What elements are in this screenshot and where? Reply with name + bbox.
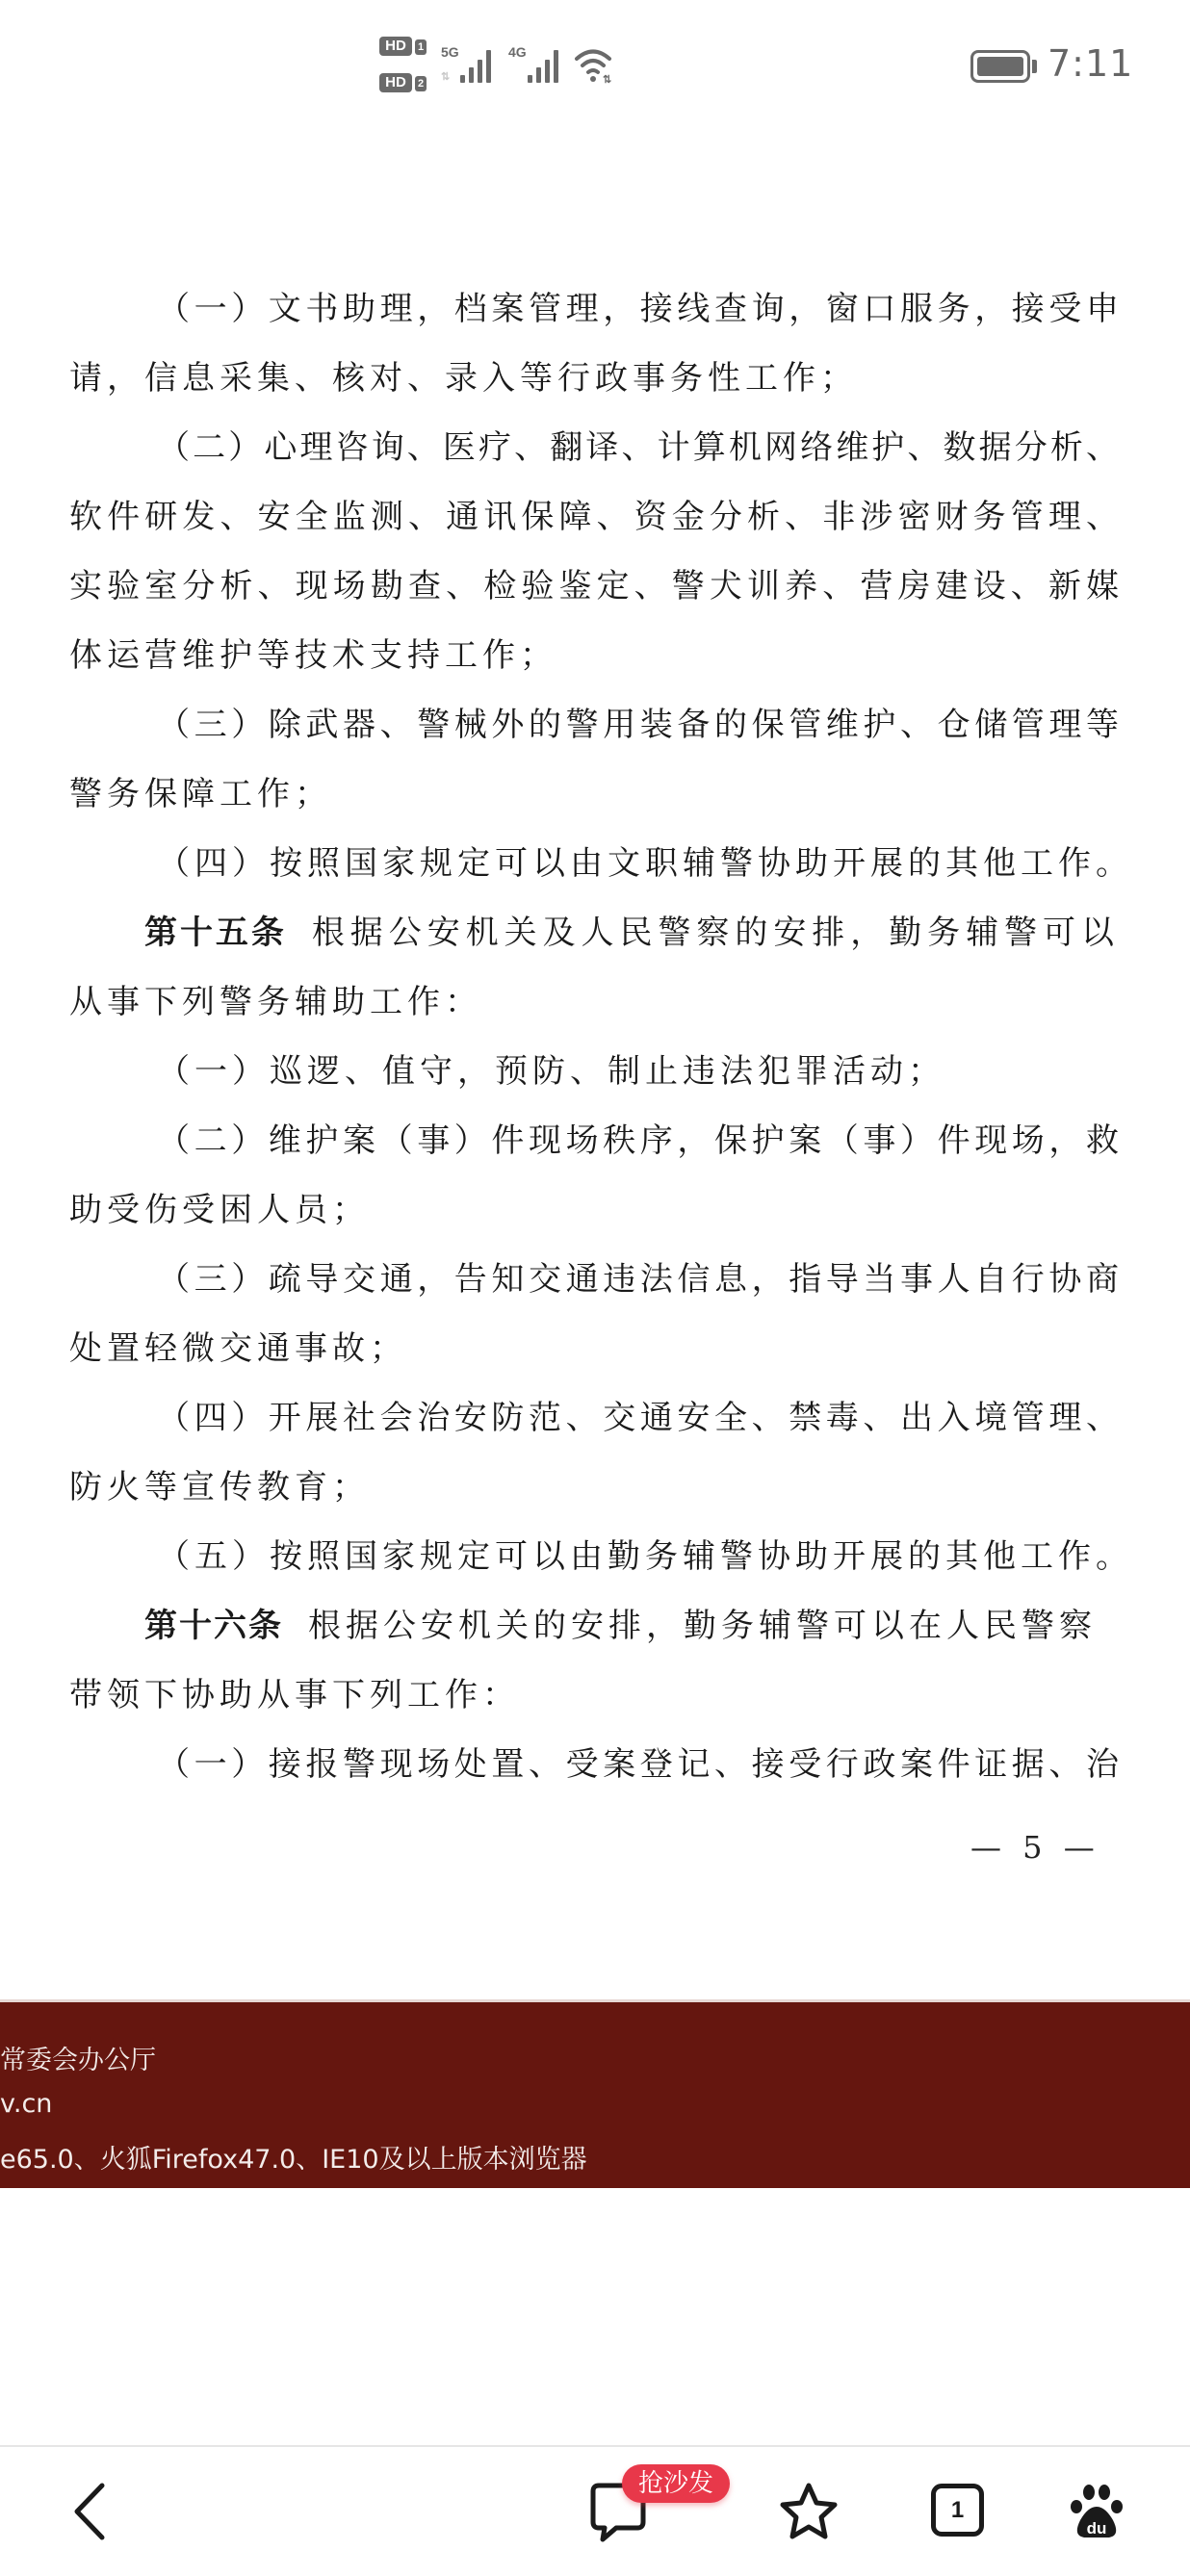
doc-line: 带领下协助从事下列工作： [69, 1676, 1119, 1714]
signal-5g-icon: 5G ⇅ [441, 44, 499, 83]
site-footer: 常委会办公厅 v.cn e65.0、火狐Firefox47.0、IE10及以上版… [0, 1999, 1190, 2188]
doc-line: 请，信息采集、核对、录入等行政事务性工作； [69, 359, 1119, 398]
article-heading: 第十六条 [144, 1607, 283, 1645]
battery-icon [970, 50, 1030, 83]
article-text: 根据公安机关的安排，勤务辅警可以在人民警察 [308, 1607, 1097, 1645]
status-bar: HD 1 HD 2 5G ⇅ 4G ⇅ 7:11 [0, 0, 1190, 125]
signal-4g-icon: 4G [508, 44, 566, 83]
doc-line: （一）接报警现场处置、受案登记、接受行政案件证据、治 [157, 1745, 1119, 1784]
svg-text:⇅: ⇅ [603, 74, 611, 85]
doc-line: （一）巡逻、值守，预防、制止违法犯罪活动； [157, 1052, 1119, 1091]
doc-line: （三）除武器、警械外的警用装备的保管维护、仓储管理等 [157, 706, 1119, 744]
doc-line: 体运营维护等技术支持工作； [69, 636, 1119, 675]
hd-volte-icon: HD 1 [379, 37, 429, 56]
article-text: 根据公安机关及人民警察的安排，勤务辅警可以 [312, 914, 1119, 952]
star-icon[interactable] [778, 2482, 840, 2541]
network-type: 5G [441, 44, 459, 60]
doc-line: （五）按照国家规定可以由勤务辅警协助开展的其他工作。 [157, 1537, 1119, 1576]
page-number: — 5 — [970, 1829, 1100, 1866]
hd-volte-icon: HD 2 [379, 73, 429, 92]
hd-label: HD [379, 73, 412, 92]
doc-line: （二）心理咨询、医疗、翻译、计算机网络维护、数据分析、 [157, 428, 1119, 467]
doc-line: 实验室分析、现场勘查、检验鉴定、警犬训养、营房建设、新媒 [69, 567, 1119, 605]
data-arrows-icon: ⇅ [441, 70, 450, 83]
clock: 7:11 [1048, 42, 1133, 85]
network-type: 4G [508, 44, 527, 60]
doc-line: 警务保障工作； [69, 775, 1119, 813]
doc-line: 防火等宣传教育； [69, 1468, 1119, 1507]
doc-line: （一）文书助理，档案管理，接线查询，窗口服务，接受申 [157, 290, 1119, 328]
doc-line: 处置轻微交通事故； [69, 1329, 1119, 1368]
doc-line: （四）开展社会治安防范、交通安全、禁毒、出入境管理、 [157, 1399, 1119, 1437]
sim-index: 2 [415, 76, 427, 91]
doc-line: 助受伤受困人员； [69, 1191, 1119, 1229]
comment-badge[interactable]: 抢沙发 [622, 2464, 730, 2503]
doc-line: （三）疏导交通，告知交通违法信息，指导当事人自行协商 [157, 1260, 1119, 1299]
footer-browser-note: e65.0、火狐Firefox47.0、IE10及以上版本浏览器 [0, 2138, 587, 2176]
baidu-paw-icon[interactable]: du [1069, 2484, 1125, 2539]
doc-line: 从事下列警务辅助工作： [69, 983, 1119, 1021]
hd-label: HD [379, 37, 412, 56]
tabs-button[interactable]: 1 [931, 2484, 984, 2537]
wifi-icon: ⇅ [574, 46, 620, 85]
article-15-first-line: 第十五条根据公安机关及人民警察的安排，勤务辅警可以 [144, 914, 1119, 952]
article-16-first-line: 第十六条根据公安机关的安排，勤务辅警可以在人民警察 [144, 1607, 1119, 1645]
chevron-left-icon[interactable] [67, 2480, 112, 2543]
footer-org-name: 常委会办公厅 [0, 2039, 156, 2076]
doc-line: 软件研发、安全监测、通讯保障、资金分析、非涉密财务管理、 [69, 498, 1119, 536]
doc-line: （二）维护案（事）件现场秩序，保护案（事）件现场，救 [157, 1121, 1119, 1160]
footer-site-url[interactable]: v.cn [0, 2089, 52, 2119]
svg-text:du: du [1087, 2519, 1107, 2537]
sim-index: 1 [415, 39, 427, 55]
battery-tip [1032, 60, 1037, 73]
doc-line: （四）按照国家规定可以由文职辅警协助开展的其他工作。 [157, 844, 1119, 883]
article-heading: 第十五条 [144, 914, 287, 952]
